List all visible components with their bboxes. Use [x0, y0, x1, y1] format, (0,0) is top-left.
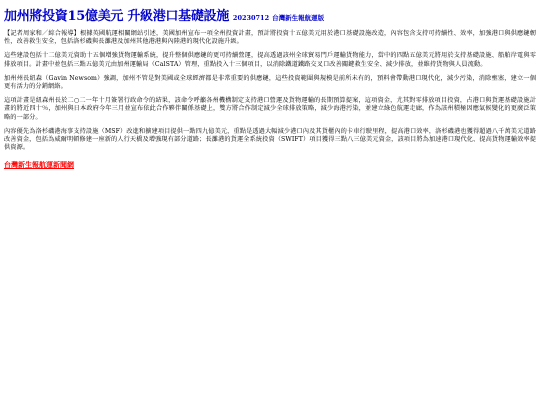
article: 加州將投資15億美元 升級港口基礎設施20230712台灣新生報航運版 【記者周… [0, 0, 540, 171]
article-paragraph: 【記者周家和／綜合報導】根據英國航運相關網站引述，美國加州宣布一項全州投資計畫，… [4, 30, 536, 46]
article-paragraph: 加州州長紐森（Gavin Newsom）強調，加州不管是對美國或全球經濟都是非常… [4, 75, 536, 91]
article-paragraph: 這些建設包括十二億美元資助十五個增強貨物運輸系統，提升整個供應鏈的更可持續營運，… [4, 52, 536, 68]
news-site-link[interactable]: 台灣新生報航運新聞網 [4, 160, 74, 170]
article-source: 台灣新生報航運版 [272, 14, 324, 22]
article-paragraph: 內容優先為洛杉磯港海事支持設施（MSF）改進和擴建項目提供一點四九億美元，重點是… [4, 128, 536, 153]
article-paragraph: 這項計畫是紐森州長於二○二一年十月簽署行政命令的結果，該命令呼籲各州機構制定支持… [4, 97, 536, 122]
article-title: 加州將投資15億美元 升級港口基礎設施 [4, 9, 229, 24]
article-date: 20230712 [233, 14, 269, 22]
headline: 加州將投資15億美元 升級港口基礎設施20230712台灣新生報航運版 [4, 2, 536, 26]
